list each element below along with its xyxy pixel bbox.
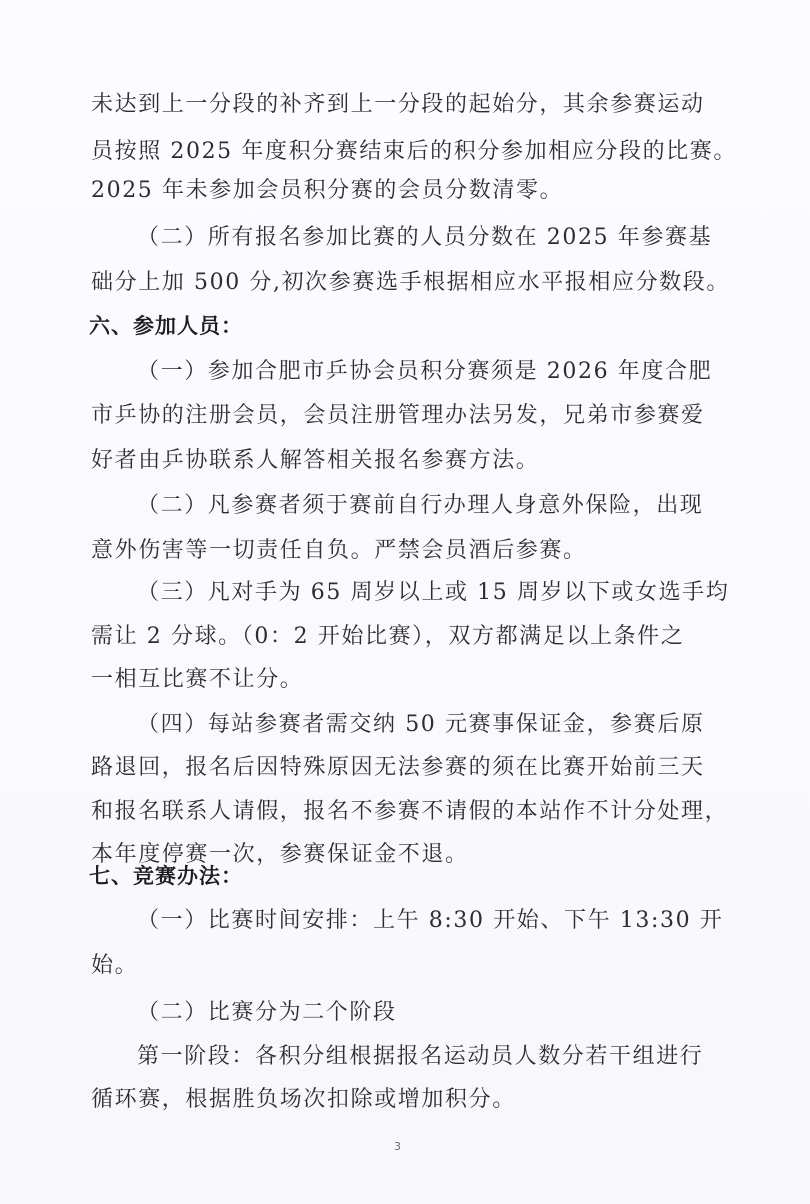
- section-heading-competition-method: 七、竞赛办法：: [89, 861, 243, 891]
- text-line: 员按照 2025 年度积分赛结束后的积分参加相应分段的比赛。: [91, 137, 731, 167]
- text-line: （四）每站参赛者需交纳 50 元赛事保证金，参赛后原: [137, 710, 777, 740]
- text-line: （一）比赛时间安排：上午 8:30 开始、下午 13:30 开: [137, 906, 777, 936]
- text-line: （二）比赛分为二个阶段: [137, 998, 777, 1028]
- section-heading-participants: 六、参加人员：: [89, 311, 243, 341]
- page-number: 3: [394, 1140, 401, 1153]
- text-line: 路退回，报名后因特殊原因无法参赛的须在比赛开始前三天: [91, 753, 731, 783]
- text-line: 始。: [91, 951, 731, 981]
- text-line: 础分上加 500 分,初次参赛选手根据相应水平报相应分数段。: [91, 268, 731, 298]
- text-line: 循环赛，根据胜负场次扣除或增加积分。: [91, 1085, 731, 1115]
- text-line: （二）凡参赛者须于赛前自行办理人身意外保险，出现: [137, 491, 777, 521]
- text-line: （三）凡对手为 65 周岁以上或 15 周岁以下或女选手均: [137, 578, 777, 608]
- text-line: 市乒协的注册会员，会员注册管理办法另发，兄弟市参赛爱: [91, 401, 731, 431]
- text-line: 需让 2 分球。（0：2 开始比赛），双方都满足以上条件之: [91, 622, 731, 652]
- text-line: 好者由乒协联系人解答相关报名参赛方法。: [91, 446, 731, 476]
- text-line: 一相互比赛不让分。: [91, 665, 731, 695]
- text-line: （二）所有报名参加比赛的人员分数在 2025 年参赛基: [137, 223, 777, 253]
- document-page: 未达到上一分段的补齐到上一分段的起始分，其余参赛运动 员按照 2025 年度积分…: [0, 0, 810, 1204]
- text-line: 和报名联系人请假，报名不参赛不请假的本站作不计分处理，: [91, 797, 731, 827]
- text-line: 2025 年未参加会员积分赛的会员分数清零。: [91, 176, 731, 206]
- text-line: 意外伤害等一切责任自负。严禁会员酒后参赛。: [91, 536, 731, 566]
- text-line: 未达到上一分段的补齐到上一分段的起始分，其余参赛运动: [91, 90, 731, 120]
- text-line: 第一阶段：各积分组根据报名运动员人数分若干组进行: [137, 1042, 777, 1072]
- text-line: （一）参加合肥市乒协会员积分赛须是 2026 年度合肥: [137, 357, 777, 387]
